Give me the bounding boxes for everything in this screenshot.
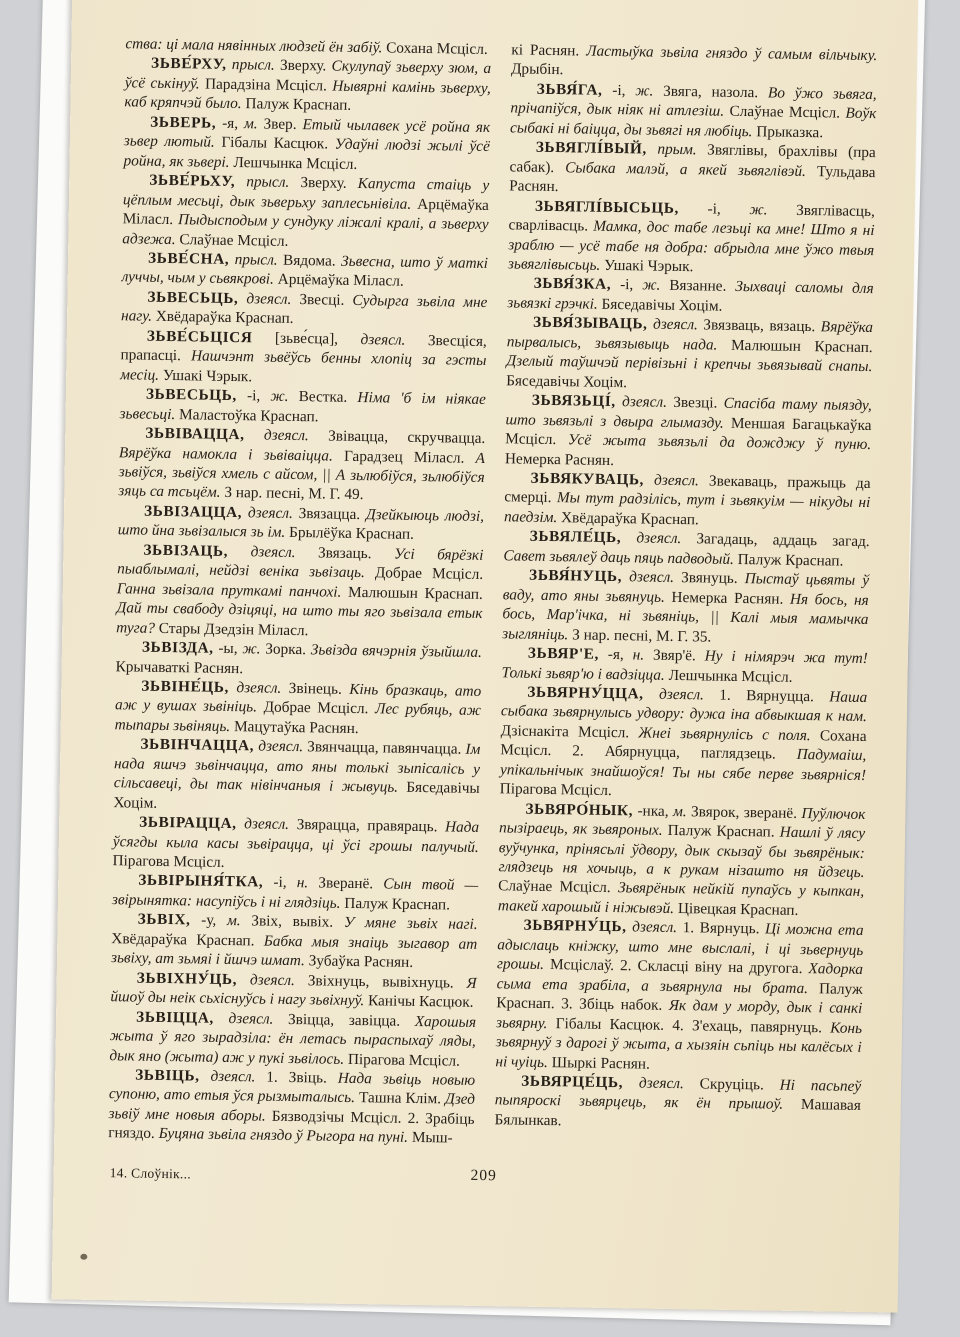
- dictionary-entry: ЗЬВЕРЬ, -я, м. Звер. Етый чылавек усё ро…: [123, 112, 490, 176]
- italic-text: дзеясл.: [626, 919, 677, 937]
- plain-text: Звязваць, вязаць.: [698, 317, 816, 336]
- page-sheet: ства: ці мала нявінных людзей ён забіў. …: [52, 0, 919, 1313]
- plain-text: Сохана Мсцісл.: [382, 39, 488, 58]
- plain-text: Звянуць.: [674, 569, 738, 587]
- headword: ЗЬВЕ́РХУ,: [151, 55, 227, 73]
- italic-text: Усё жыта зьвязьлі да дожджу ў пуню.: [556, 431, 871, 453]
- dictionary-entry: ЗЬВЯ́ГА, -і, ж. Звяга, назола. Во ўжо зь…: [510, 79, 877, 143]
- plain-text: Звяга, назола.: [653, 82, 758, 101]
- italic-text: дзеясл.: [338, 330, 406, 348]
- plain-text: Ташна Клім.: [355, 1089, 441, 1107]
- italic-text: дзеясл.: [236, 815, 289, 833]
- plain-text: Загадаць, аддаць загад.: [681, 530, 870, 550]
- plain-text: З нар. песні, М. Г. 35.: [568, 626, 711, 645]
- dictionary-entry: ЗЬВЯ́ЗЫВАЦЬ, дзеясл. Звязваць, вязаць. В…: [506, 313, 873, 397]
- headword: ЗЬВІНЕ́ЦЬ,: [141, 678, 229, 696]
- plain-text: Пірагова Мсцісл.: [112, 852, 224, 871]
- plain-text: Звінець.: [281, 680, 342, 698]
- dictionary-entry: ЗЬВЯР'Е, -я, н. Звяр'ё. Ну і німярэч жа …: [501, 643, 868, 688]
- dictionary-column-right: кі Раснян. Ластыўка зьвіла гняздо ў самы…: [494, 40, 877, 1154]
- italic-text: дзеясл.: [254, 738, 303, 756]
- dictionary-entry: ЗЬВЯГЛІ́ВЫСЬЦЬ, -і, ж. Звяглівасць, свар…: [508, 196, 875, 280]
- headword: ЗЬВЯЛЕ́ЦЬ,: [530, 528, 622, 546]
- plain-text: Добрае Мсцісл.: [365, 564, 483, 583]
- dictionary-entry: ЗЬВІНЕ́ЦЬ, дзеясл. Звінець. Кінь бразкац…: [115, 676, 482, 740]
- headword: ЗЬВЕ́РЬХУ,: [149, 172, 235, 190]
- headword: ЗЬВЯ́ГА,: [537, 81, 603, 99]
- dictionary-entry: ЗЬВЯГЛІ́ВЫЙ, прым. Звяглівы, брахлівы (п…: [509, 138, 876, 202]
- italic-text: дзеясл.: [621, 529, 681, 547]
- plain-text: -у,: [190, 912, 227, 930]
- plain-text: Звіцца, завіцца.: [273, 1010, 400, 1029]
- plain-text: Зубаўка Раснян.: [305, 953, 414, 972]
- italic-text: ж.: [635, 82, 653, 99]
- plain-text: Хвёдараўка Краснап.: [111, 930, 254, 949]
- italic-text: дзеясл.: [229, 679, 282, 697]
- text-columns: ства: ці мала нявінных людзей ён забіў. …: [108, 34, 877, 1155]
- dictionary-entry: ЗЬВЕ́РХУ, прысл. Зверху. Скулупаў зьверх…: [124, 54, 491, 118]
- italic-text: дзеясл.: [644, 685, 705, 703]
- headword: ЗЬВЯ́ЗКА,: [534, 275, 612, 293]
- plain-text: Бяседавічы Хоцім.: [598, 296, 723, 315]
- italic-text: н.: [633, 646, 645, 663]
- headword: ЗЬВЯГЛІ́ВЫЙ,: [536, 139, 647, 158]
- page-footer: 14. Слоўнік... 209: [107, 1159, 860, 1211]
- italic-text: м.: [227, 912, 241, 929]
- plain-text: Парадзіна Мсцісл.: [200, 75, 328, 94]
- italic-text: дзеясл.: [622, 568, 674, 586]
- dictionary-entry: ЗЬВІЦЬ, дзеясл. 1. Звіць. Нада зьвіць но…: [108, 1065, 475, 1149]
- italic-text: Жнеі зьвярнулісь с поля.: [629, 724, 811, 744]
- paper-speck: [80, 1254, 87, 1260]
- dictionary-entry: ЗЬВІНЧАЦЦА, дзеясл. Звянчацца, павянчацц…: [113, 735, 480, 819]
- italic-text: дзеясл.: [238, 290, 291, 308]
- italic-text: ж.: [749, 201, 767, 218]
- plain-text: 1. Звіць.: [255, 1068, 327, 1086]
- italic-text: дзеясл.: [623, 1074, 684, 1092]
- plain-text: Мыш-: [408, 1129, 453, 1147]
- plain-text: -нка,: [633, 802, 673, 820]
- plain-text: -і,: [263, 874, 297, 892]
- dictionary-entry: ЗЬВІРАЦЦА, дзеясл. Звярацца, правяраць. …: [112, 812, 479, 876]
- italic-text: ж.: [242, 640, 260, 657]
- italic-text: дзеясл.: [644, 471, 699, 489]
- headword: ЗЬВЕ́СНА,: [148, 250, 229, 268]
- plain-text: Звязацца.: [293, 505, 361, 523]
- headword: ЗЬВІХ,: [138, 911, 191, 929]
- italic-text: Савет зьвялеў даць пяць падводый.: [503, 547, 734, 568]
- dictionary-entry: ЗЬВЕ́СЬЦІСЯ [зьве́сца], дзеясл. Звесціся…: [120, 326, 487, 390]
- italic-text: Сыбака малэй, а якей зьвяглівэй.: [554, 159, 806, 180]
- italic-text: м.: [244, 115, 258, 132]
- italic-text: прысл.: [226, 56, 274, 74]
- dictionary-column-left: ства: ці мала нявінных людзей ён забіў. …: [108, 34, 491, 1148]
- plain-text: Стары Дзедзін Міласл.: [155, 619, 309, 638]
- plain-text: Бяседавічы Хоцім.: [506, 372, 627, 391]
- plain-text: [зьве́сца],: [252, 329, 338, 347]
- plain-text: -і,: [602, 82, 635, 100]
- italic-text: дзеясл.: [244, 426, 309, 444]
- plain-text: Зверанё.: [308, 875, 373, 893]
- dictionary-entry: ЗЬВІЗАЦЬ, дзеясл. Звязаць. Усі бярёзкі п…: [116, 540, 483, 643]
- plain-text: Палуж Краснап.: [663, 822, 775, 841]
- plain-text: Крычаваткі Раснян.: [115, 658, 243, 677]
- headword: ЗЬВЕРЬ,: [150, 113, 216, 131]
- plain-text: Хвёдараўка Краснап.: [152, 308, 294, 327]
- dictionary-entry: ЗЬВІХ, -у, м. Звіх, вывіх. У мяне зьвіх …: [111, 910, 478, 974]
- dictionary-entry: ЗЬВЕСЬЦЬ, -і, ж. Вестка. Німа 'б ім ніяк…: [119, 384, 486, 429]
- plain-text: Дзіснакіта Мсцісл.: [501, 722, 630, 741]
- plain-text: Звярацца, правяраць.: [289, 816, 438, 835]
- plain-text: Ушакі Чэрык.: [159, 367, 252, 385]
- italic-text: дзеясл.: [616, 393, 667, 411]
- plain-text: Канічы Касцюк.: [364, 992, 474, 1011]
- plain-text: -і,: [611, 276, 642, 293]
- plain-text: 1. Вярнуць.: [677, 919, 760, 937]
- plain-text: Звязаць.: [295, 544, 371, 562]
- plain-text: Зверху.: [289, 174, 347, 192]
- italic-text: Зьвізда вячэрнія ўзыйшла.: [306, 641, 482, 661]
- plain-text: Звесці.: [291, 291, 344, 309]
- dictionary-entry: ЗЬВЯКУВАЦЬ, дзеясл. Звекаваць, пражыць д…: [504, 468, 871, 532]
- plain-text: Вядома.: [278, 252, 336, 270]
- plain-text: Лешчынка Мсцісл.: [665, 666, 793, 685]
- plain-text: Вязанне.: [660, 277, 726, 295]
- headword: ЗЬВЯРЦЕ́ЦЬ,: [521, 1073, 623, 1092]
- headword: ЗЬВЯКУВАЦЬ,: [530, 470, 644, 489]
- plain-text: Палуж Краснап.: [734, 551, 844, 570]
- plain-text: Звіх, вывіх.: [240, 913, 333, 931]
- italic-text: ж.: [270, 388, 288, 405]
- plain-text: Слаўнае Мсцісл.: [498, 878, 611, 897]
- italic-text: У мяне зьвіх нагі.: [333, 914, 478, 933]
- plain-text: Лешчынка Мсцісл.: [229, 154, 357, 173]
- italic-text: Ганна зьвізала пруткамі панчохі.: [117, 580, 342, 601]
- plain-text: Маластоўка Краснап.: [175, 406, 319, 425]
- plain-text: Пірагова Мсцісл.: [344, 1050, 460, 1069]
- headword: ЗЬВІРЫНЯ́ТКА,: [138, 872, 263, 891]
- dictionary-entry: ЗЬВЯРЦЕ́ЦЬ, дзеясл. Скруціць. Ні пасьпеў…: [494, 1071, 861, 1135]
- headword: ЗЬВІВАЦЦА,: [145, 425, 245, 444]
- dictionary-entry: ЗЬВЯ́НУЦЬ, дзеясл. Звянуць. Пыстаў цьвят…: [502, 566, 869, 650]
- plain-text: Палуж Краснап.: [340, 895, 450, 914]
- dictionary-entry: ЗЬВЯРНУ́ЦЬ, дзеясл. 1. Вярнуць. Ці можна…: [495, 916, 863, 1077]
- italic-text: Буцяна зьвіла гняздо ў Рыгора на пуні.: [155, 1125, 409, 1146]
- plain-text: Слаўнае Мсцісл.: [175, 231, 288, 250]
- italic-text: Ластыўка зьвіла гняздо ў самым вільчыку.: [579, 42, 877, 64]
- plain-text: Мсціслаў. 2. Скласці віну на другога.: [544, 956, 803, 977]
- plain-text: Арцёмаўка Міласл.: [274, 271, 404, 290]
- dictionary-entry: ЗЬВЕСЬЦЬ, дзеясл. Звесці. Судырга зьвіла…: [121, 287, 488, 332]
- headword: ЗЬВЯГЛІ́ВЫСЬЦЬ,: [535, 197, 679, 216]
- plain-text: Хвёдараўка Краснап.: [557, 509, 699, 528]
- page-number: 209: [108, 1161, 860, 1191]
- plain-text: Немерка Раснян.: [505, 450, 614, 469]
- plain-text: Мацутаўка Раснян.: [230, 718, 359, 737]
- plain-text: Звянчацца, павянчацца.: [303, 738, 462, 757]
- plain-text: Звезці.: [667, 394, 718, 412]
- dictionary-entry: ЗЬВІЗАЦЦА, дзеясл. Звязацца. Дзейкыюць л…: [118, 501, 485, 546]
- plain-text: Прыказка.: [752, 123, 823, 141]
- plain-text: Звярок, зверанё.: [687, 803, 798, 822]
- italic-text: прым.: [647, 141, 697, 159]
- headword: ЗЬВЯРО́НЫК,: [525, 800, 633, 819]
- dictionary-entry: ЗЬВІРЫНЯ́ТКА, -і, н. Зверанё. Сын твой —…: [112, 871, 479, 916]
- headword: ЗЬВІЦЬ,: [135, 1067, 200, 1085]
- plain-text: З нар. песні, М. Г. 49.: [220, 484, 363, 503]
- dictionary-entry: ЗЬВЯРНУ́ЦЦА, дзеясл. 1. Вярнуцца. Наша с…: [500, 682, 868, 804]
- plain-text: -і,: [237, 387, 271, 405]
- italic-text: дзеясл.: [237, 971, 295, 989]
- plain-text: Звер.: [257, 115, 296, 133]
- dictionary-entry: ЗЬВІЗДА, -ы, ж. Зорка. Зьвізда вячэрнія …: [115, 637, 482, 682]
- plain-text: -я,: [216, 115, 244, 132]
- headword: ЗЬВІЦЦА,: [136, 1008, 214, 1026]
- italic-text: дзеясл.: [228, 543, 296, 561]
- continuation-paragraph: кі Раснян. Ластыўка зьвіла гняздо ў самы…: [511, 40, 878, 85]
- plain-text: кі Раснян.: [511, 41, 579, 59]
- headword: ЗЬВІЗДА,: [142, 639, 214, 657]
- plain-text: Звіхнуць, вывіхнуць.: [295, 972, 454, 991]
- plain-text: Добрае Мсцісл.: [257, 699, 369, 718]
- italic-text: н.: [297, 875, 309, 892]
- plain-text: Зорка.: [260, 641, 306, 659]
- plain-text: Зверху.: [275, 57, 327, 75]
- italic-text: прысл.: [229, 251, 278, 269]
- headword: ЗЬВІЗАЦЦА,: [144, 503, 242, 522]
- dictionary-entry: ЗЬВІХНУ́ЦЬ, дзеясл. Звіхнуць, вывіхнуць.…: [110, 968, 477, 1013]
- plain-text: Гібалы Касцюк. 4. З'ехаць, павярнуць.: [547, 1015, 822, 1036]
- italic-text: дзеясл.: [647, 316, 698, 334]
- plain-text: Брылёўка Краснап.: [285, 524, 414, 543]
- dictionary-entry: ЗЬВЯЗЬЦІ́, дзеясл. Звезці. Спасіба таму …: [505, 390, 872, 474]
- plain-text: Звівацца, скручвацца.: [309, 427, 486, 447]
- headword: ЗЬВЕ́СЬЦІСЯ: [147, 327, 253, 346]
- headword: ЗЬВЯ́ЗЫВАЦЬ,: [533, 314, 648, 333]
- dictionary-entry: ЗЬВЯРО́НЫК, -нка, м. Звярок, зверанё. Пу…: [498, 799, 866, 921]
- plain-text: Малюшын Краснап.: [717, 336, 873, 355]
- plain-text: Звяр'ё.: [644, 647, 696, 665]
- headword: ЗЬВЕСЬЦЬ,: [146, 386, 237, 404]
- plain-text: Цівецкая Краснап.: [674, 900, 799, 919]
- headword: ЗЬВІХНУ́ЦЬ,: [137, 969, 238, 988]
- plain-text: Пірагова Мсцісл.: [500, 780, 612, 799]
- dictionary-entry: ЗЬВІЦЦА, дзеясл. Звіцца, завіцца. Харошы…: [109, 1007, 476, 1071]
- plain-text: Малюшын Краснап.: [341, 583, 483, 602]
- plain-text: -і,: [679, 200, 750, 218]
- italic-text: м.: [673, 803, 687, 820]
- plain-text: Скруціць.: [684, 1075, 764, 1093]
- dictionary-entry: ЗЬВЯЛЕ́ЦЬ, дзеясл. Загадаць, аддаць зага…: [503, 527, 870, 572]
- dictionary-entry: ЗЬВЯ́ЗКА, -і, ж. Вязанне. Зыхваці саломы…: [507, 274, 874, 319]
- plain-text: Шыркі Раснян.: [548, 1054, 650, 1073]
- italic-text: Вярёўка намокла і зьвіваіцца.: [119, 444, 333, 464]
- headword: ЗЬВІРАЦЦА,: [139, 814, 237, 833]
- plain-text: Гібалы Касцюк.: [215, 134, 329, 153]
- plain-text: Вестка.: [288, 388, 347, 406]
- page-content: ства: ці мала нявінных людзей ён забіў. …: [107, 34, 877, 1210]
- plain-text: Немерка Раснян.: [665, 589, 784, 608]
- plain-text: Палуж Краснап.: [242, 95, 352, 114]
- italic-text: прысл.: [235, 173, 289, 191]
- dictionary-entry: ЗЬВЕ́РЬХУ, прысл. Зверху. Капуста стаіць…: [122, 170, 489, 254]
- headword: ЗЬВЯР'Е,: [528, 645, 599, 663]
- italic-text: дзеясл.: [242, 504, 293, 522]
- plain-text: Слаўнае Мсцісл.: [724, 103, 840, 122]
- plain-text: Ушакі Чэрык.: [600, 257, 693, 275]
- plain-text: Дрыбін.: [511, 61, 564, 79]
- headword: ЗЬВІНЧАЦЦА,: [140, 736, 254, 755]
- headword: ЗЬВЯРНУ́ЦЦА,: [527, 684, 644, 703]
- headword: ЗЬВЯЗЬЦІ́,: [532, 392, 616, 410]
- headword: ЗЬВЕСЬЦЬ,: [147, 289, 238, 307]
- plain-text: -я,: [599, 646, 633, 664]
- italic-text: ж.: [642, 277, 660, 294]
- dictionary-entry: ЗЬВЕ́СНА, прысл. Вядома. Зьвесна, што ў …: [122, 248, 489, 293]
- italic-text: дзеясл.: [214, 1009, 274, 1027]
- headword: ЗЬВЯ́НУЦЬ,: [529, 567, 622, 585]
- headword: ЗЬВЯРНУ́ЦЬ,: [523, 917, 626, 936]
- italic-text: ства: ці мала нявінных людзей ён забіў.: [125, 35, 382, 56]
- scan-canvas: { "footer": { "note": "14. Слоўнік...", …: [0, 0, 960, 1337]
- plain-text: Гарадзец Міласл.: [333, 447, 465, 466]
- plain-text: 1. Вярнуцца.: [704, 686, 814, 705]
- italic-text: дзеясл.: [199, 1068, 255, 1086]
- dictionary-entry: ЗЬВІВАЦЦА, дзеясл. Звівацца, скручвацца.…: [118, 423, 485, 507]
- headword: ЗЬВІЗАЦЬ,: [143, 541, 228, 559]
- plain-text: -ы,: [213, 640, 242, 657]
